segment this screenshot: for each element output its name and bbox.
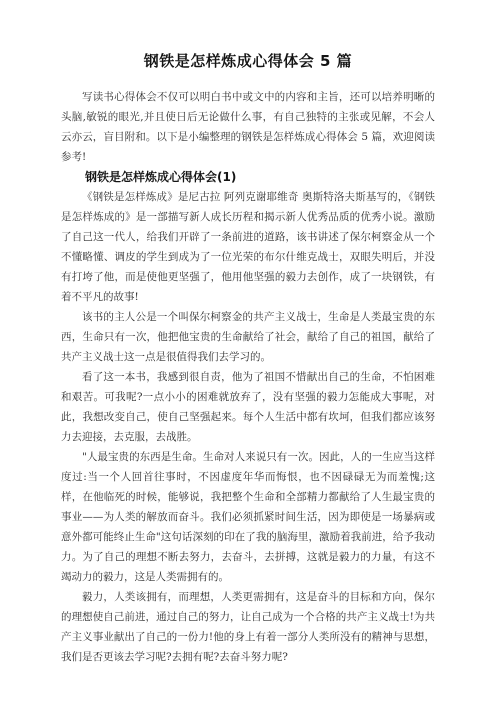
body-paragraph-5: 毅力，人类该拥有，而理想，人类更需拥有，这是奋斗的目标和方向，保尔的理想使自己前… (61, 587, 435, 667)
intro-paragraph: 写读书心得体会不仅可以明白书中或文中的内容和主旨，还可以培养明晰的头脑,敏锐的眼… (61, 87, 435, 167)
body-paragraph-2: 该书的主人公是一个叫保尔柯察金的共产主义战士，生命是人类最宝贵的东西，生命只有一… (61, 307, 435, 367)
section-heading: 钢铁是怎样炼成心得体会(1) (61, 167, 435, 187)
body-paragraph-4: "人最宝贵的东西是生命。生命对人来说只有一次。因此，人的一生应当这样度过:当一个… (61, 447, 435, 587)
body-paragraph-3: 看了这一本书，我感到很自责，他为了祖国不惜献出自己的生命，不怕困难和艰苦。可我呢… (61, 367, 435, 447)
document-page: 钢铁是怎样炼成心得体会 5 篇 写读书心得体会不仅可以明白书中或文中的内容和主旨… (0, 0, 496, 702)
body-paragraph-1: 《钢铁是怎样炼成》是尼古拉 阿列克谢耶维奇 奥斯特洛夫斯基写的，《钢铁是怎样炼成… (61, 187, 435, 307)
document-title: 钢铁是怎样炼成心得体会 5 篇 (61, 48, 435, 74)
